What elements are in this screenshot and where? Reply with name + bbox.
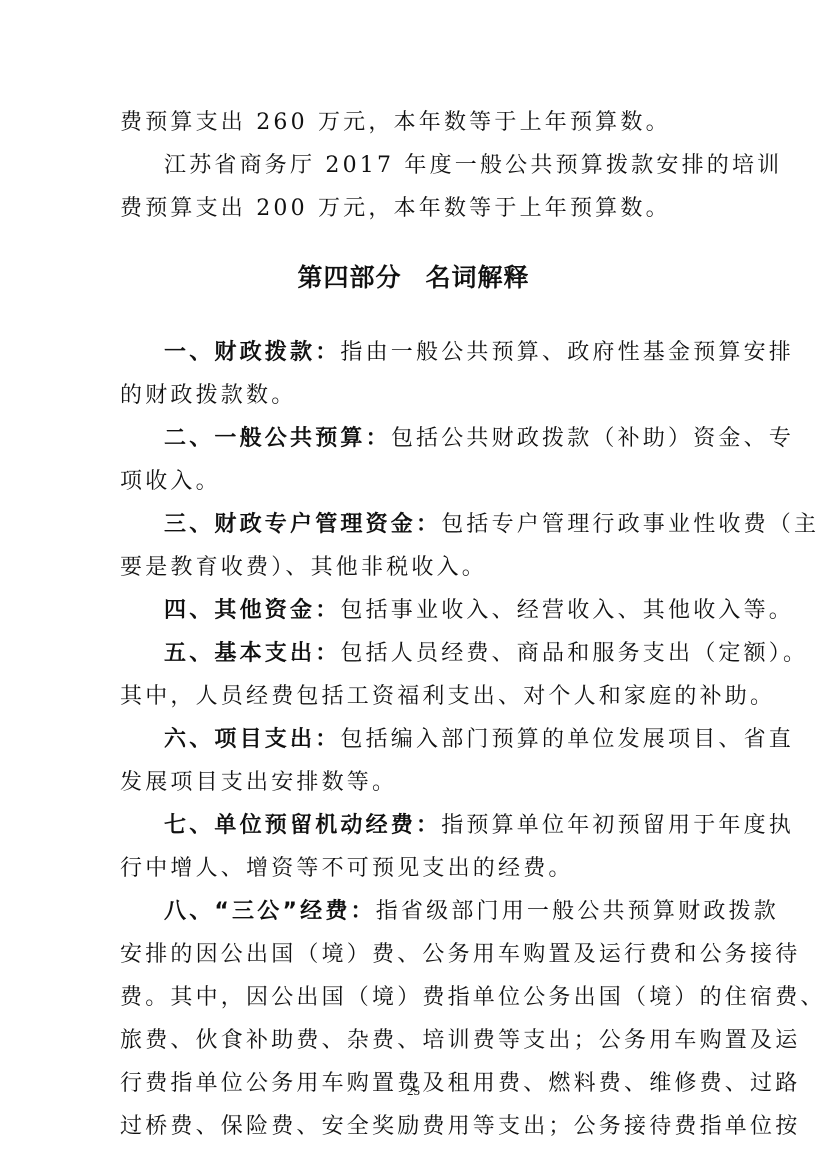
term-definition: 包括人员经费、商品和服务支出（定额）。 [340,641,808,666]
intro-line-1: 费预算支出 260 万元，本年数等于上年预算数。 [120,108,710,138]
term-2-cont: 项收入。 [120,467,710,497]
term-8-cont-5: 过桥费、保险费、安全奖励费用等支出；公务接待费指单位按 [120,1112,710,1142]
term-definition: 指省级部门用一般公共预算财政拨款 [376,899,779,924]
term-5: 五、基本支出：包括人员经费、商品和服务支出（定额）。 [164,639,754,669]
term-definition: 包括专户管理行政事业性收费（主 [441,512,819,537]
term-8-cont-2: 费。其中，因公出国（境）费指单位公务出国（境）的住宿费、 [120,983,710,1013]
term-definition: 指由一般公共预算、政府性基金预算安排 [340,340,794,365]
term-label: 六、项目支出： [164,727,340,752]
term-8: 八、“三公”经费：指省级部门用一般公共预算财政拨款 [164,897,754,927]
term-label: 四、其他资金： [164,598,340,623]
term-label: 五、基本支出： [164,641,340,666]
page-number: 25 [0,1083,827,1099]
term-definition: 包括公共财政拨款（补助）资金、专 [391,426,794,451]
term-6: 六、项目支出：包括编入部门预算的单位发展项目、省直 [164,725,754,755]
term-label: 二、一般公共预算： [164,426,391,451]
term-8-cont-3: 旅费、伙食补助费、杂费、培训费等支出；公务用车购置及运 [120,1026,710,1056]
term-definition: 包括编入部门预算的单位发展项目、省直 [340,727,794,752]
term-7-cont: 行中增人、增资等不可预见支出的经费。 [120,854,710,884]
intro-line-3: 费预算支出 200 万元，本年数等于上年预算数。 [120,194,710,224]
term-label: 三、财政专户管理资金： [164,512,441,537]
section-title: 名词解释 [426,263,530,292]
intro-line-2: 江苏省商务厅 2017 年度一般公共预算拨款安排的培训 [164,151,754,181]
term-7: 七、单位预留机动经费：指预算单位年初预留用于年度执 [164,811,754,841]
term-definition: 指预算单位年初预留用于年度执 [441,813,794,838]
term-1-cont: 的财政拨款数。 [120,381,710,411]
document-page: 费预算支出 260 万元，本年数等于上年预算数。 江苏省商务厅 2017 年度一… [0,0,827,1169]
section-heading: 第四部分名词解释 [0,258,827,294]
term-8-cont-1: 安排的因公出国（境）费、公务用车购置及运行费和公务接待 [120,940,710,970]
term-1: 一、财政拨款：指由一般公共预算、政府性基金预算安排 [164,338,754,368]
term-label: 七、单位预留机动经费： [164,813,441,838]
section-part: 第四部分 [297,263,401,292]
term-3-cont: 要是教育收费）、其他非税收入。 [120,553,710,583]
term-definition: 包括事业收入、经营收入、其他收入等。 [340,598,794,623]
term-2: 二、一般公共预算：包括公共财政拨款（补助）资金、专 [164,424,754,454]
term-6-cont: 发展项目支出安排数等。 [120,768,710,798]
term-4: 四、其他资金：包括事业收入、经营收入、其他收入等。 [164,596,754,626]
term-label: 八、“三公”经费： [164,899,376,924]
term-5-cont: 其中，人员经费包括工资福利支出、对个人和家庭的补助。 [120,682,710,712]
term-3: 三、财政专户管理资金：包括专户管理行政事业性收费（主 [164,510,754,540]
term-label: 一、财政拨款： [164,340,340,365]
